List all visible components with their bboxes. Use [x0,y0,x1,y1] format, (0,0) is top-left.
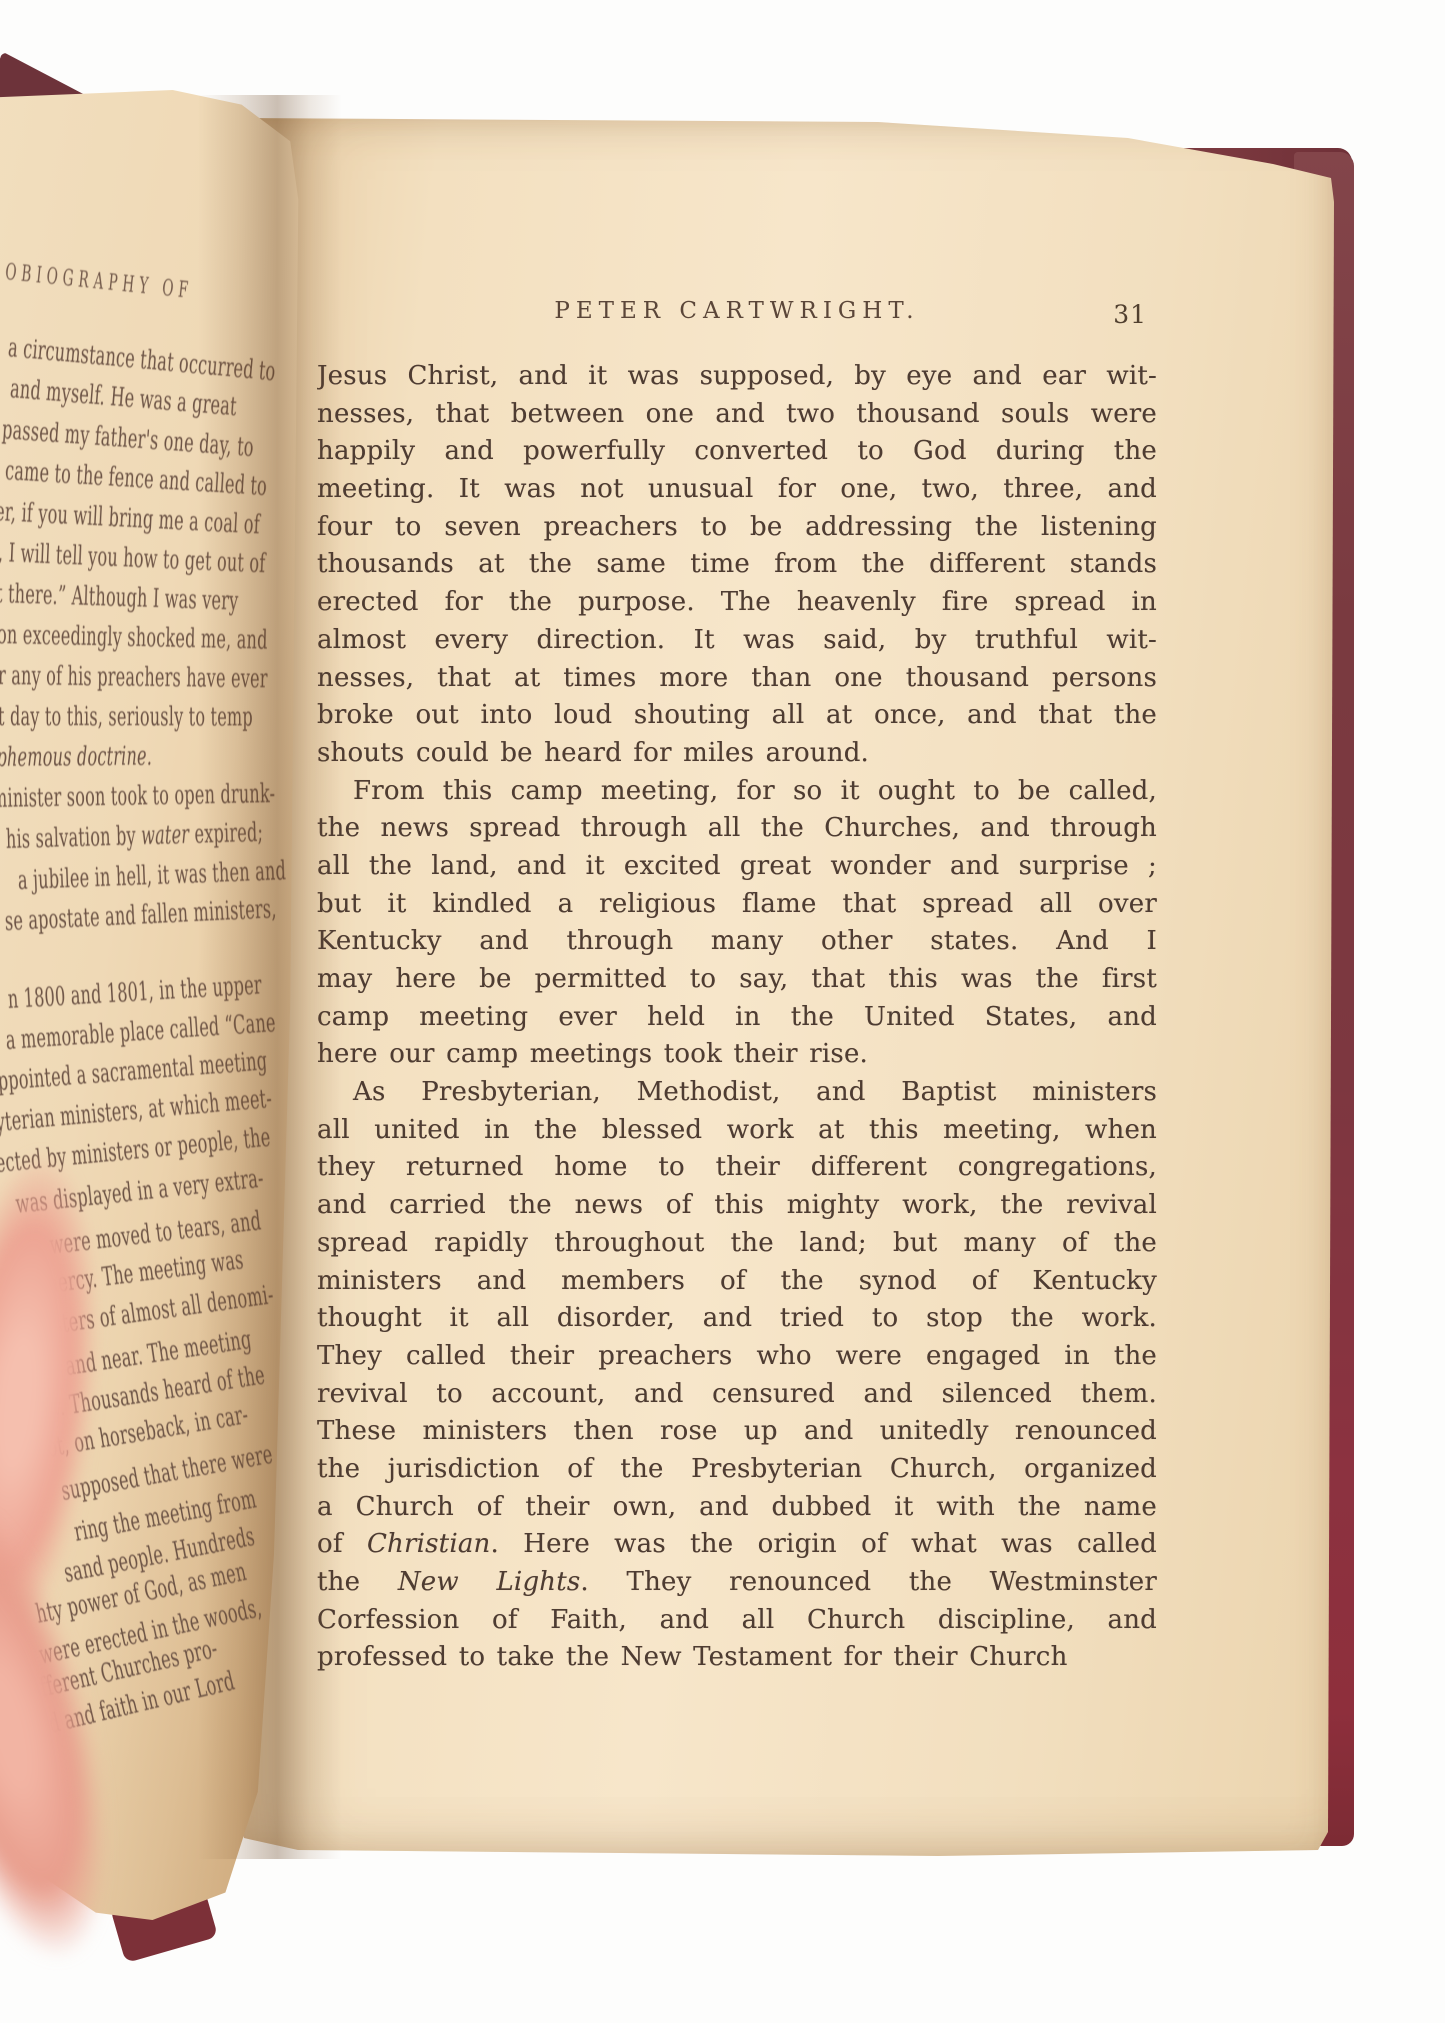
text-line: Jesus Christ, and it was supposed, by ey… [317,358,1157,396]
book-photo: PETER CARTWRIGHT. 31 Jesus Christ, and i… [0,0,1445,2023]
text-line: four to seven preachers to be addressing… [317,509,1157,547]
text-line: professed to take the New Testament for … [317,1639,1157,1677]
text-line: Corfession of Faith, and all Church disc… [317,1602,1157,1640]
text-line: all the land, and it excited great wonde… [317,848,1157,886]
text-line: broke out into loud shouting all at once… [317,697,1157,735]
running-head: OBIOGRAPHY OF [4,262,194,303]
text-line: here our camp meetings took their rise. [317,1036,1157,1074]
text-line: may here be permitted to say, that this … [317,961,1157,999]
gutter-shadow [198,95,342,1859]
text-line: and carried the news of this mighty work… [317,1187,1157,1225]
text-line: thought it all disorder, and tried to st… [317,1300,1157,1338]
text-line: the news spread through all the Churches… [317,810,1157,848]
text-line: the jurisdiction of the Presbyterian Chu… [317,1451,1157,1489]
text-line: thousands at the same time from the diff… [317,546,1157,584]
right-page: PETER CARTWRIGHT. 31 Jesus Christ, and i… [238,112,1334,1856]
text-line: From this camp meeting, for so it ought … [317,773,1157,811]
text-line: Kentucky and through many other states. … [317,923,1157,961]
text-line: nesses, that at times more than one thou… [317,660,1157,698]
running-head: PETER CARTWRIGHT. 31 [317,298,1157,324]
text-line: but it kindled a religious flame that sp… [317,886,1157,924]
text-line: of Christian. Here was the origin of wha… [317,1526,1157,1564]
text-line: all united in the blessed work at this m… [317,1112,1157,1150]
text-line: meeting. It was not unusual for one, two… [317,471,1157,509]
text-line: nesses, that between one and two thousan… [317,396,1157,434]
text-line: almost every direction. It was said, by … [317,622,1157,660]
text-line: sphemous doctrine. [0,744,152,771]
text-line: spread rapidly throughout the land; but … [317,1225,1157,1263]
running-head-title: PETER CARTWRIGHT. [554,298,919,324]
text-line: erected for the purpose. The heavenly fi… [317,584,1157,622]
text-line: They called their preachers who were eng… [317,1338,1157,1376]
text-line: ministers and members of the synod of Ke… [317,1263,1157,1301]
text-line: These ministers then rose up and unitedl… [317,1413,1157,1451]
text-line: As Presbyterian, Methodist, and Baptist … [317,1074,1157,1112]
text-line: shouts could be heard for miles around. [317,735,1157,773]
text-line: camp meeting ever held in the United Sta… [317,999,1157,1037]
right-page-text: Jesus Christ, and it was supposed, by ey… [317,358,1157,1677]
text-line: the New Lights. They renounced the Westm… [317,1564,1157,1602]
text-line: they returned home to their different co… [317,1149,1157,1187]
page-number: 31 [1113,300,1147,329]
text-line: a Church of their own, and dubbed it wit… [317,1489,1157,1527]
text-line: happily and powerfully converted to God … [317,433,1157,471]
text-line: revival to account, and censured and sil… [317,1376,1157,1414]
